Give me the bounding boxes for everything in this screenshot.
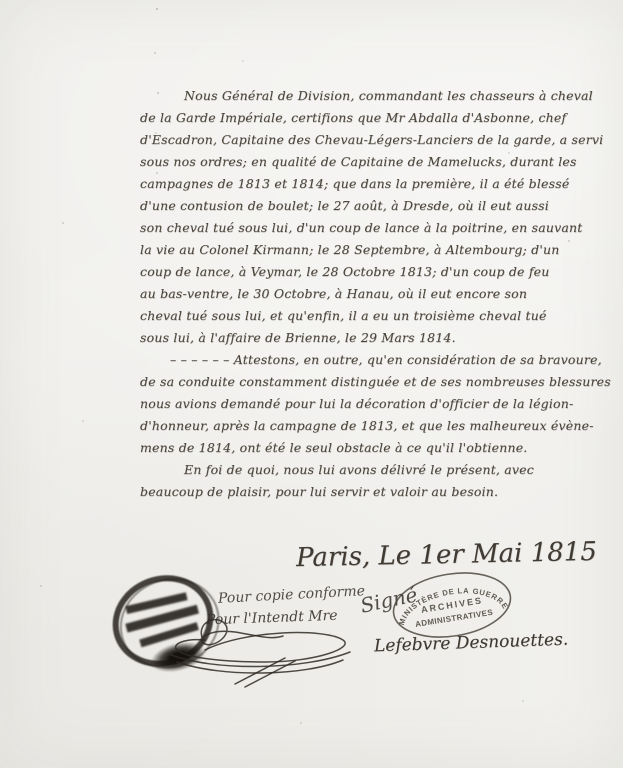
dateline: Paris, Le 1er Mai 1815 [296,537,597,573]
manuscript-line: cheval tué sous lui, et qu'enfin, il a e… [140,305,555,327]
signature-flourish [163,606,361,690]
copy-conforme-note: Pour copie conforme [218,583,366,607]
manuscript-line: sous lui, à l'affaire de Brienne, le 29 … [140,327,555,349]
manuscript-line: mens de 1814, ont été le seul obstacle à… [140,437,555,459]
manuscript-line: En foi de quoi, nous lui avons délivré l… [140,459,555,481]
manuscript-line: son cheval tué sous lui, d'un coup de la… [140,217,555,239]
manuscript-body: Nous Général de Division, commandant les… [140,85,555,503]
manuscript-line: d'Escadron, Capitaine des Chevau-Légers-… [140,129,555,151]
manuscript-line: Nous Général de Division, commandant les… [140,85,555,107]
paper-specks [0,0,2,2]
manuscript-line: nous avions demandé pour lui la décorati… [140,393,555,415]
manuscript-line: beaucoup de plaisir, pour lui servir et … [140,481,555,503]
manuscript-line: – – – – – – Attestons, en outre, qu'en c… [140,349,555,371]
scanned-document-page: Nous Général de Division, commandant les… [0,0,623,768]
manuscript-line: sous nos ordres; en qualité de Capitaine… [140,151,555,173]
manuscript-line: d'honneur, après la campagne de 1813, et… [140,415,555,437]
manuscript-line: d'une contusion de boulet; le 27 août, à… [140,195,555,217]
manuscript-line: la vie au Colonel Kirmann; le 28 Septemb… [140,239,555,261]
manuscript-line: de sa conduite constamment distinguée et… [140,371,555,393]
manuscript-line: campagnes de 1813 et 1814; que dans la p… [140,173,555,195]
manuscript-line: coup de lance, à Veymar, le 28 Octobre 1… [140,261,555,283]
manuscript-line: au bas-ventre, le 30 Octobre, à Hanau, o… [140,283,555,305]
manuscript-line: de la Garde Impériale, certifions que Mr… [140,107,555,129]
